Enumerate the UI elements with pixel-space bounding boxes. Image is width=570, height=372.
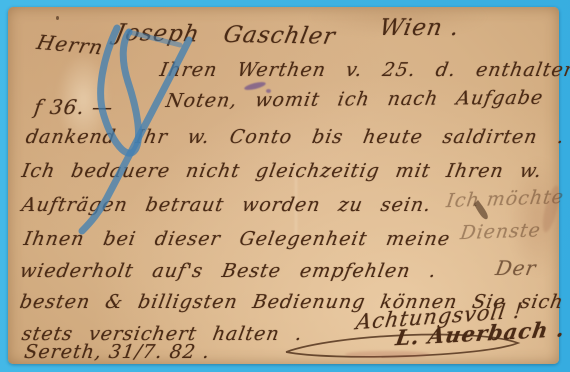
- body-line-4: Ich bedauere nicht gleichzeitig mit Ihre…: [20, 160, 544, 182]
- violet-ink-dot: [266, 89, 271, 93]
- body-line-6: Ihnen bei dieser Gelegenheit meine: [22, 228, 452, 250]
- scanned-postcard-page: { "document_type": "handwritten correspo…: [0, 0, 570, 372]
- city-wien: Wien .: [377, 15, 461, 41]
- body-line-6-faded: Dienste: [459, 219, 542, 244]
- body-line-5: Aufträgen betraut worden zu sein.: [20, 194, 433, 216]
- body-line-2: Noten, womit ich nach Aufgabe: [164, 87, 545, 112]
- ink-speck: [56, 16, 59, 20]
- amount-f36: f 36. —: [33, 95, 115, 119]
- dateline-sereth: Sereth, 31/7. 82 .: [23, 341, 212, 363]
- body-line-7-end: Der: [494, 256, 539, 280]
- red-bleedthrough-bottom: [345, 351, 430, 358]
- body-line-1: Ihren Werthen v. 25. d. enthaltende: [158, 59, 570, 81]
- body-line-7: wiederholt auf's Beste empfehlen .: [18, 260, 438, 282]
- recipient-name: Joseph Gaschler: [113, 20, 338, 50]
- body-line-3: dankend Ihr w. Conto bis heute saldirten…: [24, 126, 566, 148]
